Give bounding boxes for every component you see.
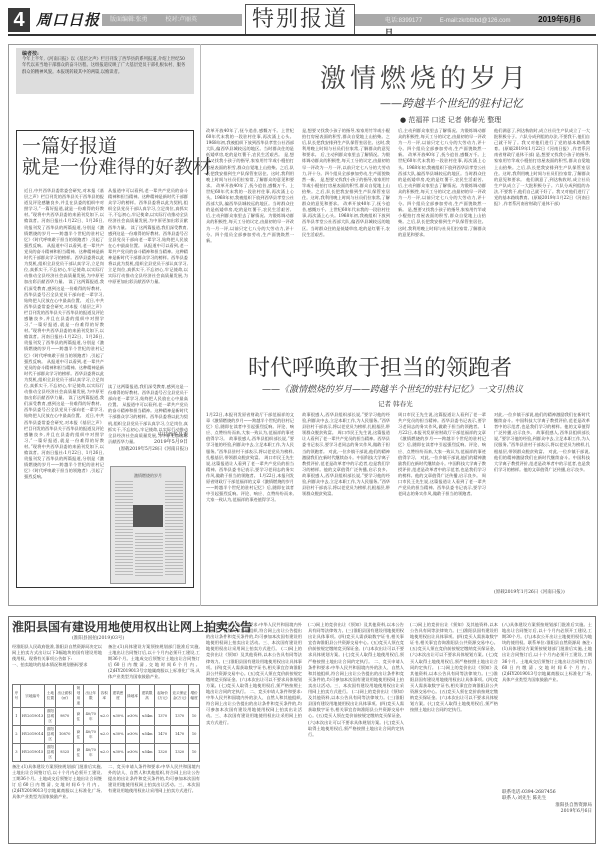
cell: 1320 (171, 744, 189, 762)
left-article-col2: 从报道中可以看到,老一辈共产党员的奋斗精神和担当精神。这种精神是新时代干部群众学… (108, 188, 188, 300)
cell: 10 (189, 708, 200, 726)
editor-note: 编者按: 今年上半年,《河南日报》以《基层之声》栏目刊发了西华县的系列报道,介绍… (16, 48, 194, 94)
notice-col2: 二、竞买申请人条件和要求:中华人民共和国境内外的法人、自然人和其他组织,符合网上… (108, 764, 200, 840)
table-row: 3HY2019015淮阳县城区9325商住40/70年≤2.0≤30%≥30%≤… (13, 744, 200, 762)
cell: ≤2.0 (98, 726, 110, 744)
cell: 3 (13, 744, 21, 762)
notice-col4: (二)网上的竞价出让《须知》及其他资料,以本公告具有同等法律效力。(三)淮阳县国… (308, 622, 404, 840)
cell: ≥30% (126, 708, 140, 726)
cell: 1320 (155, 744, 171, 762)
second-article-byline: 记者 韩春光 (378, 400, 413, 409)
table-row: 1HY2019013淮阳县城区9870商住40/70年≤2.0≤30%≥30%≤… (13, 708, 200, 726)
email-info: E-mail:zkrbtbbd@126.com (440, 18, 511, 24)
clipping-photo (133, 505, 163, 527)
clipping-text-lines (135, 533, 163, 577)
main-article-byline: ● 范福祥 口述 记者 韩春光 整理 (400, 115, 501, 125)
body-text: 故事很感人,西华县组织部长说,“要学习他的经验,到群众中去,立足本职工作,为人民… (302, 473, 390, 496)
headline-line-1: 一篇好报道 (22, 136, 212, 157)
editor-credit: 版面编辑:张勇 (110, 17, 148, 23)
notice-col5: (二)网上的竞价出让《须知》及其他资料,以本公告具有同等法律效力。(三)淮阳县国… (410, 622, 498, 840)
body-text: 近日,中共西华县委常委会研究,对本报《基层之声》栏目刊发的西华县关于西华县的报道… (24, 298, 104, 364)
cell: ≤30% (110, 726, 125, 744)
editor-note-text: 今年上半年,《河南日报》以《基层之声》栏目刊发了西华县的系列报道,介绍上世纪50… (22, 57, 185, 74)
body-text: 备注:(1)具体建设方案须按规划部门批准后实施,土地出让合同签订后,以十个月内必… (108, 644, 200, 679)
paper-name: 周口日报 (36, 9, 100, 31)
header-band-left: 版面编辑:张勇 校对:卢丽英 (102, 14, 242, 26)
clipping-title: 激情燃烧的岁月 (111, 473, 185, 479)
body-text: 改革开放40年了,抚今追昔,感慨万千。上世纪60年代末我的一段驻村往事,再次涌上… (398, 152, 486, 181)
col-header: 宗地编号 (20, 685, 45, 708)
contact-label: 联系人: (502, 796, 517, 801)
cell: HY2019013 (20, 708, 45, 726)
main-article-col3: 后,主动到群众家里去了解情况。为锻炼调动群众的积极性,每天工分的议定,由最初的早… (398, 128, 486, 338)
signature-date: 2019年5月9日 (108, 439, 188, 446)
body-text: 二、竞买申请人条件和要求:中华人民共和国境内外的法人、自然人和其他组织,符合网上… (206, 689, 302, 724)
cell: HY2019014 (20, 726, 45, 744)
cell: 9870 (56, 708, 73, 726)
col-header: 竞买保证金(万元) (171, 685, 189, 708)
column-divider (200, 44, 201, 606)
cell: 9325 (56, 744, 73, 762)
headline-line-2: 就是一份难得的好教材 (22, 157, 212, 178)
body-text: (二)网上的竞价出让《须知》及其他资料,以本公告具有同等法律效力。(三)淮阳县国… (308, 689, 404, 737)
cell: ≤54m (140, 744, 155, 762)
body-text: 从报道中可以看到,老一辈共产党员的奋斗精神和担当精神。这种精神是新时代干部群众学… (108, 243, 188, 285)
cell: ≤30% (110, 744, 125, 762)
notice-col6: (八)具体建设方案须按规划部门批准后实施。土地出让合同签订后,以十个月内必须开工… (502, 622, 592, 786)
notice-remarks-text: 备注:(1)具体建设方案须按规划部门批准后实施,土地出让合同签订后,以十个月内必… (12, 764, 102, 799)
notice-contact: 联系电话:0394-2687456 联系人:刘先生 陈先生 淮阳县自然资源局 2… (502, 790, 592, 816)
land-table-wrap: 序号 宗地编号 土地位置 出让面积(㎡) 规划用途 出让年限 容积率 建筑密度 … (12, 684, 200, 762)
col-header: 起始价(万元) (155, 685, 171, 708)
cell: 1370 (171, 708, 189, 726)
notice-col-top2: 备注:(1)具体建设方案须按规划部门批准后实施,土地出让合同签订后,以十个月内必… (108, 644, 200, 682)
phone-value: 0394-2687456 (522, 790, 556, 795)
signature-org: 中共西华县委 (108, 432, 188, 439)
cell: ≤54m (140, 726, 155, 744)
phone-info: 电话:8399177 (385, 18, 422, 24)
second-article-col4: 对此,一位乡镇干部说,他们的精神激励我们在新时代继续奋斗。中国科技大学离子教授评… (494, 412, 590, 588)
cell: 商住 (73, 708, 83, 726)
cell: 40/70年 (83, 744, 98, 762)
col-header: 增价幅度 (189, 685, 200, 708)
cell: 1470 (155, 726, 171, 744)
cell: 1370 (155, 708, 171, 726)
page-number: 4 (8, 8, 30, 32)
cell: 2 (13, 726, 21, 744)
cell: ≤30% (110, 708, 125, 726)
body-text: (二)网上的竞价出让《须知》及其他资料,以本公告具有同等法律效力。(三)淮阳县国… (410, 665, 498, 713)
body-text: 后,主动到群众家里去了解情况。为锻炼调动群众的积极性,每天工分的议定,由最初的早… (206, 213, 294, 242)
notice-issue-date: 2019年6月6日 (502, 809, 592, 815)
body-text: 备注:(1)具体建设方案须按规划部门批准后实施,土地出让合同签订后,以十个月内必… (502, 640, 592, 682)
col-header: 规划用途 (73, 685, 83, 708)
main-article-col4: 他们满意了,到达秋收时,成立社员生产队成立了一大批积极分子。六队分成到组的办法,… (494, 128, 590, 338)
col-header: 土地位置 (45, 685, 56, 708)
second-article-col2: 故事很感人,西华县组织部长说,“要学习他的经验,到群众中去,立足本职工作,为人民… (302, 412, 390, 598)
second-article-col1: 1月22日,本报刊发原省财政厅干部范福祥的文章《激情燃烧的岁月——跨越半个世纪的… (206, 412, 294, 598)
body-text: 近日,中共西华县委常委会研究,对本报《基层之声》栏目刊发的西华县关于西华县的报道… (24, 413, 104, 479)
cell: 40/70年 (83, 708, 98, 726)
contact-value: 刘先生 陈先生 (517, 796, 546, 801)
col-header: 绿地率 (126, 685, 140, 708)
newspaper-clipping-image: 激情燃烧的岁月 (110, 466, 186, 584)
main-article-col1: 改革开放40年了,抚今追昔,感慨万千。上世纪60年代末我的一段驻村往事,再次涌上… (206, 128, 294, 338)
cell: 1470 (171, 726, 189, 744)
col-header: 出让面积(㎡) (56, 685, 73, 708)
second-article-col3: 周口市民王先生说,这篇报道让人看到了老一辈共产党员的担当精神。西华县委书记表示,… (398, 412, 486, 598)
second-article-source: (原载2019年1月26日《河南日报》) (494, 590, 590, 596)
body-text: (二)网上的竞价出让《须知》及其他资料,以本公告具有同等法律效力。(三)淮阳县国… (410, 622, 498, 670)
cell: ≤2.0 (98, 744, 110, 762)
cell: 淮阳县城区 (45, 744, 56, 762)
cell: ≤2.0 (98, 708, 110, 726)
body-text: 是,想要又找我小孩子的指导,家家用竹竿或小棍拍打房屋表面的积雪,群众自觉地上山拾… (398, 207, 486, 236)
table-header-row: 序号 宗地编号 土地位置 出让面积(㎡) 规划用途 出让年限 容积率 建筑密度 … (13, 685, 200, 708)
body-text: 周口市民王先生说,这篇报道让人看到了老一辈共产党员的担当精神。西华县委书记表示,… (398, 412, 486, 429)
col-header: 序号 (13, 685, 21, 708)
cell: ≤54m (140, 708, 155, 726)
notice-intro-text: 经淮阳县人民政府批准,淮阳县自然资源局决定以网上拍卖方式出让以下3幅地块的国有建… (12, 644, 102, 661)
cell: 10 (189, 726, 200, 744)
notice-intro: 经淮阳县人民政府批准,淮阳县自然资源局决定以网上拍卖方式出让以下3幅地块的国有建… (12, 644, 102, 682)
body-text: 二、竞买申请人条件和要求:中华人民共和国境内外的法人、自然人和其他组织,符合网上… (108, 764, 200, 793)
cell: 商住 (73, 726, 83, 744)
main-article-col2: 是,想要又找我小孩子的指导,家家用竹竿或小棍拍打房屋表面的积雪,群众自觉地上山拾… (302, 128, 390, 338)
second-article-headline: 时代呼唤敢于担当的领跑者 (248, 356, 512, 382)
left-article-col1: 近日,中共西华县委常委会研究,对本报《基层之声》栏目刊发的西华县关于西华县的报道… (24, 188, 104, 578)
notice-remarks: 备注:(1)具体建设方案须按规划部门批准后实施,土地出让合同签订后,以十个月内必… (12, 764, 102, 840)
phone-label: 联系电话: (502, 790, 522, 795)
body-text: 从报道中可以看到,老一辈共产党员的奋斗精神和担当精神。这种精神是新时代干部群众学… (24, 359, 104, 401)
col-header: 建筑密度 (110, 685, 125, 708)
body-text: (二)网上的竞价出让《须知》及其他资料,以本公告具有同等法律效力。(三)淮阳县国… (206, 646, 302, 694)
cell: HY2019015 (20, 744, 45, 762)
cell: 商住 (73, 744, 83, 762)
cell: 10 (189, 744, 200, 762)
proofreader-credit: 校对:卢丽英 (165, 17, 197, 23)
second-article-subheadline: ——《激情燃烧的岁月——跨越半个世纪的驻村记忆》一文引热议 (262, 384, 523, 396)
table-row: 2HY2019014淮阳县城区10870商住40/70年≤2.0≤30%≥30%… (13, 726, 200, 744)
body-text: (八)具体建设方案须按规划部门批准后实施。土地出让合同签订后,以十个月内必须开工… (502, 622, 592, 645)
left-article-headline: 一篇好报道 就是一份难得的好教材 (22, 136, 212, 178)
header-rule (8, 34, 596, 36)
col-header: 出让年限 (83, 685, 98, 708)
header-band-right: 电话:8399177 E-mail:zkrbtbbd@126.com 2019年… (355, 14, 595, 26)
notice-col3: 二、竞买申请人条件和要求:中华人民共和国境内外的法人、自然人和其他组织,符合网上… (206, 622, 302, 840)
body-text: (二)网上的竞价出让《须知》及其他资料,以本公告具有同等法律效力。(三)淮阳县国… (308, 622, 404, 664)
section-title: 特别报道 (245, 4, 355, 35)
cell: ≥30% (126, 726, 140, 744)
col-header: 建筑限高 (140, 685, 155, 708)
body-text: 改革开放40年了,抚今追昔,感慨万千。上世纪60年代末我的一段驻村往事,再次涌上… (206, 183, 294, 212)
cell: 10870 (56, 726, 73, 744)
body-text: 改革开放40年了,抚今追昔,感慨万千。上世纪60年代末我的一段驻村往事,再次涌上… (206, 128, 294, 157)
cell: 淮阳县城区 (45, 708, 56, 726)
cell: 40/70年 (83, 726, 98, 744)
source-line: (原载2019年5月28日《河南日报》) (108, 446, 188, 453)
main-article-subheadline: ——跨越半个世纪的驻村记忆 (380, 97, 523, 111)
body-text: 近日,中共西华县委常委会研究,对本报《基层之声》栏目刊发的西华县关于西华县的报道… (24, 188, 104, 248)
land-parcel-table: 序号 宗地编号 土地位置 出让面积(㎡) 规划用途 出让年限 容积率 建筑密度 … (12, 684, 200, 762)
cell: 1 (13, 708, 21, 726)
notice-section-1: 一、拍卖地块的基本情况和规划指标要求 (12, 662, 102, 668)
col-header: 容积率 (98, 685, 110, 708)
main-article-headline: 激情燃烧的岁月 (320, 64, 530, 94)
body-text: 从报道中可以看到,老一辈共产党员的奋斗精神和担当精神。这种精神是新时代干部群众学… (108, 188, 188, 230)
cell: ≥30% (126, 744, 140, 762)
notice-doc-number: (淮阳县国拍(2019)03号) (72, 636, 124, 642)
cell: 淮阳县城区 (45, 726, 56, 744)
body-text: 改革开放40年了,抚今追昔,感慨万千。上世纪60年代末我的一段驻村往事,再次涌上… (302, 201, 390, 236)
left-article-signature: 中共西华县委 2019年5月9日 (原载2019年5月28日《河南日报》) (108, 432, 188, 453)
clipping-text-lines (115, 481, 133, 577)
clipping-text-lines (165, 481, 183, 577)
